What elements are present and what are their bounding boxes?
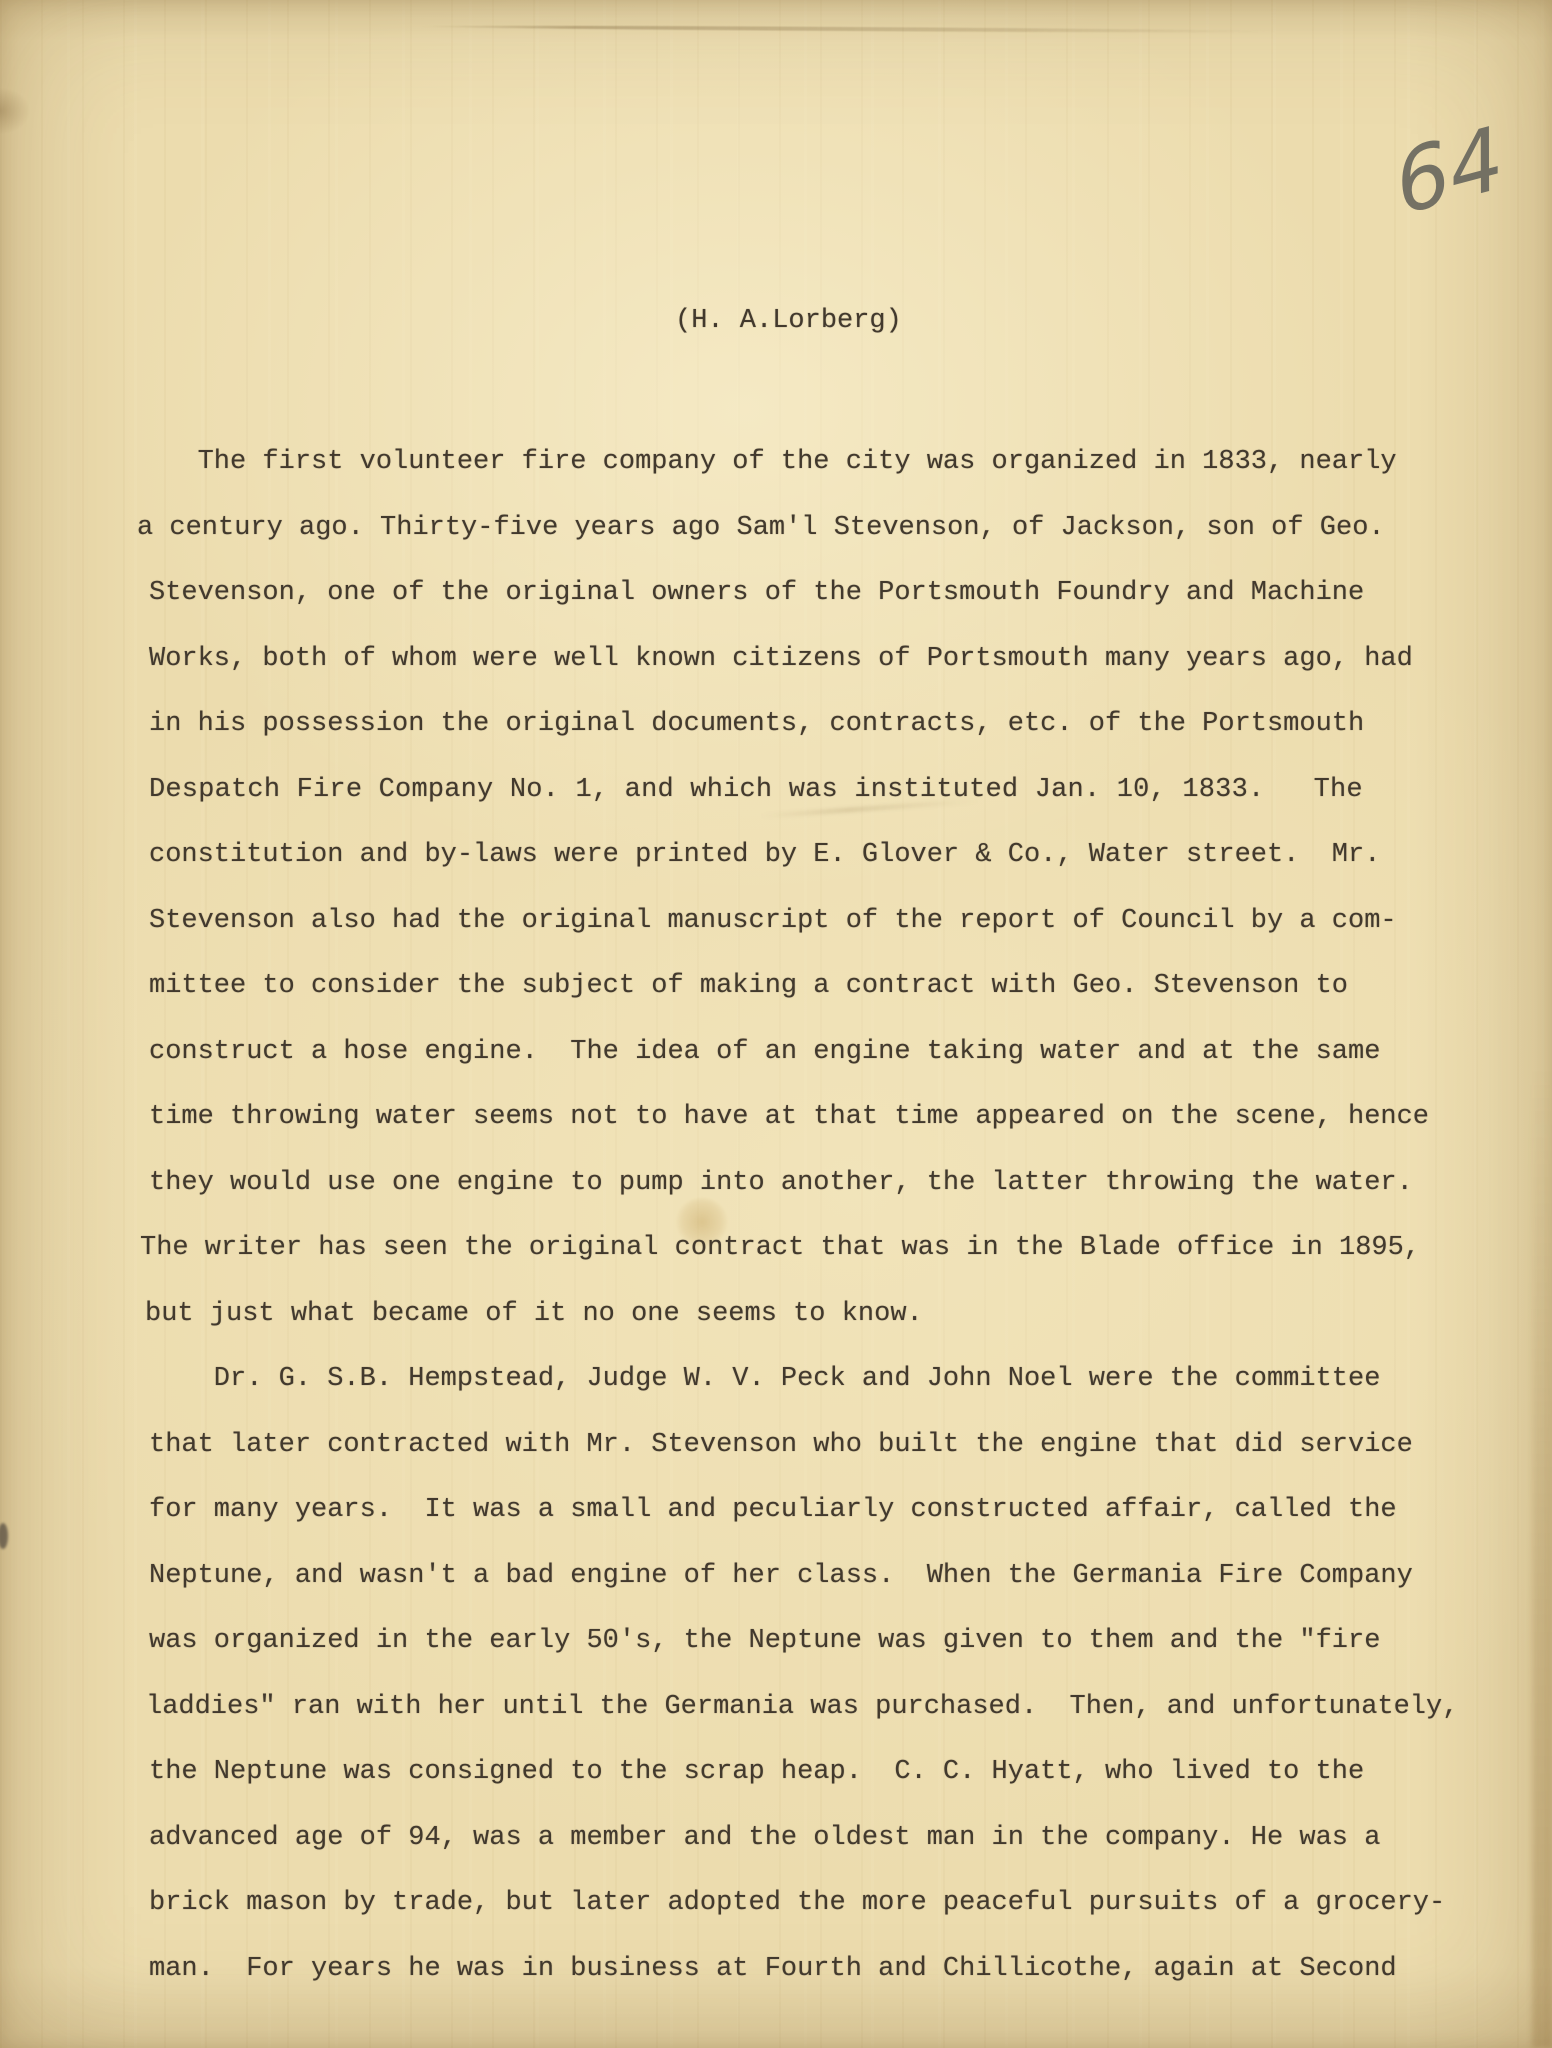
text-line: The first volunteer fire company of the … [149, 430, 1489, 496]
text-line: that later contracted with Mr. Stevenson… [149, 1413, 1489, 1479]
paper-crinkle-left-edge [0, 88, 30, 134]
text-line: the Neptune was consigned to the scrap h… [149, 1740, 1489, 1806]
text-line: Stevenson also had the original manuscri… [149, 889, 1489, 955]
page-number-text: 64 [1387, 108, 1512, 235]
manuscript-page: 64 (H. A.Lorberg) The first volunteer fi… [0, 0, 1552, 2048]
text-line: in his possession the original documents… [149, 692, 1489, 758]
text-line: laddies" ran with her until the Germania… [146, 1675, 1489, 1741]
handwritten-page-number: 64 [1382, 104, 1522, 244]
text-line: Works, both of whom were well known citi… [149, 627, 1489, 693]
text-line: construct a hose engine. The idea of an … [149, 1020, 1489, 1086]
text-line: was organized in the early 50's, the Nep… [149, 1609, 1489, 1675]
byline: (H. A.Lorberg) [675, 306, 902, 336]
text-line: they would use one engine to pump into a… [149, 1151, 1489, 1217]
text-line: Neptune, and wasn't a bad engine of her … [149, 1544, 1489, 1610]
typewritten-text: The first volunteer fire company of the … [149, 430, 1489, 2002]
paper-crease-top [420, 24, 1280, 33]
text-line: Stevenson, one of the original owners of… [149, 561, 1489, 627]
text-line: time throwing water seems not to have at… [149, 1085, 1489, 1151]
text-line: advanced age of 94, was a member and the… [149, 1806, 1489, 1872]
text-line: The writer has seen the original contrac… [140, 1216, 1489, 1282]
text-line: Despatch Fire Company No. 1, and which w… [149, 758, 1489, 824]
text-line: brick mason by trade, but later adopted … [149, 1871, 1489, 1937]
text-line: a century ago. Thirty-five years ago Sam… [137, 496, 1489, 562]
text-line: man. For years he was in business at Fou… [149, 1937, 1489, 2003]
left-edge-smudge [0, 1523, 8, 1549]
text-line: but just what became of it no one seems … [145, 1282, 1489, 1348]
text-line: Dr. G. S.B. Hempstead, Judge W. V. Peck … [149, 1347, 1489, 1413]
text-line: constitution and by-laws were printed by… [149, 823, 1489, 889]
text-line: mittee to consider the subject of making… [149, 954, 1489, 1020]
text-line: for many years. It was a small and pecul… [149, 1478, 1489, 1544]
right-edge-shading [1532, 1065, 1552, 2048]
